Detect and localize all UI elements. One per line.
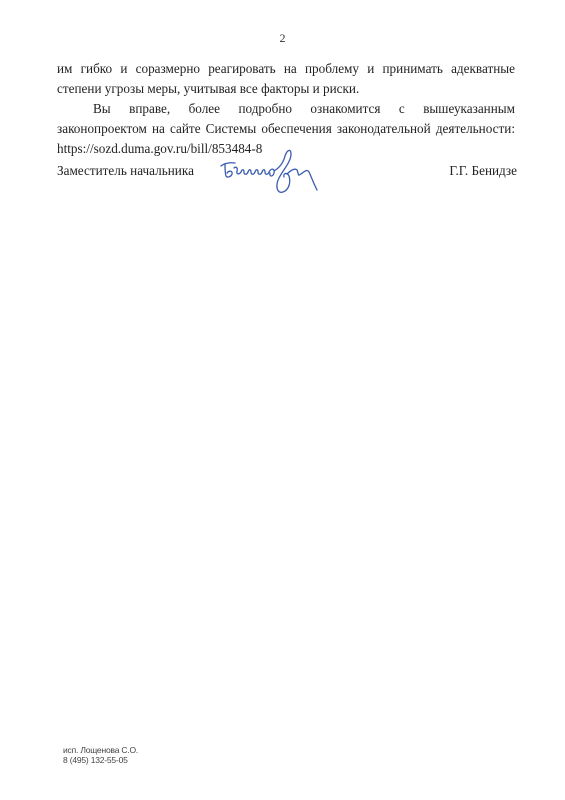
- position-title: Заместитель начальника: [57, 163, 194, 179]
- text-line: им гибко и соразмерно реагировать на про…: [57, 59, 515, 79]
- text-line: законопроектом на сайте Системы обеспече…: [57, 119, 515, 139]
- signatory-name: Г.Г. Бенидзе: [449, 163, 517, 179]
- executor-info: исп. Лощенова С.О. 8 (495) 132-55-05: [63, 745, 138, 765]
- text-line: Вы вправе, более подробно ознакомится с …: [57, 99, 515, 119]
- executor-phone: 8 (495) 132-55-05: [63, 755, 138, 765]
- handwritten-signature-icon: [217, 146, 357, 206]
- text-line: степени угрозы меры, учитывая все фактор…: [57, 79, 515, 99]
- executor-name: исп. Лощенова С.О.: [63, 745, 138, 755]
- paragraph-continuation: им гибко и соразмерно реагировать на про…: [57, 59, 515, 99]
- page-number: 2: [0, 31, 565, 46]
